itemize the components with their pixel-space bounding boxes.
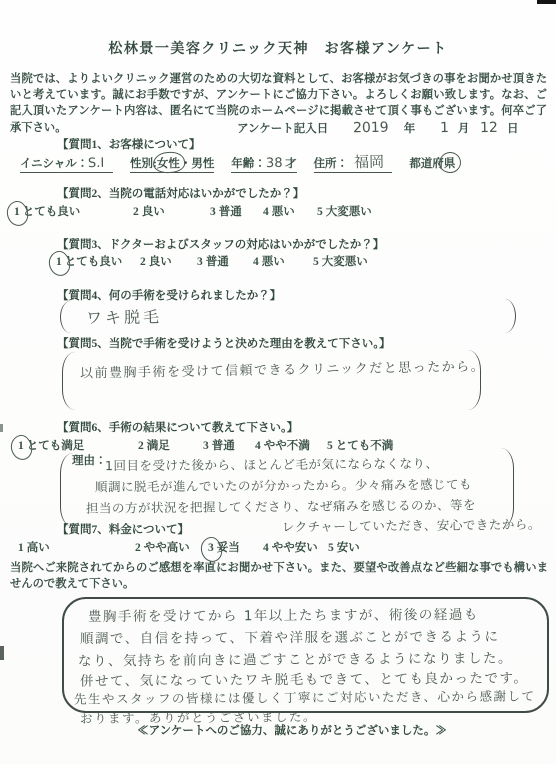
- q5-answer-handwriting: 以前豊胸手術を受けて信頼できるクリニックだと思ったから。: [80, 355, 486, 381]
- q3-option-5-label: 大変悪い: [322, 256, 368, 268]
- gender-selected-circle: 女性: [157, 155, 180, 171]
- q3-option-1-num-circled: 1: [56, 256, 62, 268]
- pref-selected-circle: 県: [444, 155, 456, 171]
- q3-option-4-label: 悪い: [262, 256, 285, 268]
- q6-option-4-num: 4: [255, 440, 261, 452]
- q7-option-1-num: 1: [18, 542, 24, 554]
- q1-age-field: 年齢：38 才: [231, 158, 296, 173]
- q7-option-4-num: 4: [263, 542, 269, 554]
- q2-option-2: 2良い: [133, 203, 165, 219]
- q6-reason-line-2: 順調に脱毛が進んでいたのが分かったから。少々痛みを感じても: [95, 475, 472, 496]
- q7-option-1-label: 高い: [27, 542, 50, 554]
- q6-option-2: 2満足: [138, 437, 170, 453]
- q3-option-1-label: とても良い: [65, 256, 123, 268]
- q3-heading: 【質問3、ドクターおよびスタッフの対応はいかがでしたか？】: [57, 236, 384, 252]
- q6-heading: 【質問6、手術の結果について教えて下さい。】: [57, 419, 298, 435]
- q2-option-5-label: 大変悪い: [326, 206, 372, 218]
- q6-reason-label: 理由：: [72, 452, 107, 468]
- q3-option-2-num: 2: [140, 256, 146, 268]
- q6-option-5-num: 5: [327, 440, 333, 452]
- q6-reason-line-3: 担当の方が状況を把握してくださり、なぜ痛みを感じるのか、等を: [86, 495, 476, 516]
- q6-option-3-num: 3: [203, 440, 209, 452]
- q6-option-2-num: 2: [138, 440, 144, 452]
- q1-address-field: 住所： 福岡: [314, 158, 393, 173]
- scan-artifact-top-right: [537, 0, 556, 4]
- date-label: アンケート記入日: [237, 123, 328, 135]
- age-unit: 才: [285, 158, 297, 170]
- q3-option-3: 3普通: [197, 253, 229, 269]
- address-label: 住所：: [314, 158, 349, 170]
- q2-option-5: 5大変悪い: [317, 203, 372, 219]
- q1-gender-field: 性別:女性・男性: [130, 158, 214, 173]
- q1-heading: 【質問1、お客様について】: [57, 136, 201, 152]
- q6-option-1-num-circled: 1: [18, 440, 24, 452]
- q7-option-3-num-circled: 3: [208, 542, 214, 554]
- q7-option-2: 2やや高い: [135, 539, 190, 555]
- q7-option-5-label: 安い: [337, 542, 360, 554]
- age-value: 38: [266, 156, 283, 171]
- q1-prefecture-suffix: 都道府県: [409, 158, 455, 170]
- q6-option-1: 1とても満足: [18, 437, 84, 453]
- q6-option-5: 5とても不満: [327, 437, 393, 453]
- q1-initial-field: イニシャル：S.I: [20, 158, 113, 173]
- age-label: 年齢：: [231, 158, 266, 170]
- address-value: 福岡: [354, 151, 384, 173]
- q7-option-5: 5安い: [328, 539, 360, 555]
- q6-reason-line-1: 1回目を受けた後から、ほとんど毛が気にならなくなり、: [105, 454, 439, 474]
- q6-option-3: 3普通: [203, 437, 235, 453]
- q6-option-1-label: とても満足: [27, 440, 85, 452]
- q7-option-4: 4やや安い: [263, 539, 318, 555]
- scanned-survey-page: 松林景一美容クリニック天神 お客様アンケート 当院では、よりよいクリニック運営の…: [0, 0, 556, 764]
- q2-option-4-label: 悪い: [272, 206, 295, 218]
- pref-circled-char: 県: [444, 158, 456, 170]
- q3-option-5-num: 5: [313, 256, 319, 268]
- q6-option-5-label: とても不満: [336, 440, 394, 452]
- feedback-line-2: 順調で、自信を持って、下着や洋服を選ぶことができるように: [80, 625, 500, 647]
- q6-reason-line-4: レクチャーしていただき、安心できたから。: [282, 515, 541, 536]
- date-day-unit: 日: [507, 123, 519, 135]
- q7-option-5-num: 5: [328, 542, 334, 554]
- date-year-value: 2019: [353, 120, 389, 137]
- q7-option-3: 3妥当: [208, 539, 240, 555]
- feedback-prompt: 当院へご来院されてからのご感想を率直にお聞かせ下さい。また、要望や改善点など些細…: [10, 560, 548, 592]
- q5-open-paren: [62, 352, 76, 410]
- q2-option-1: 1とても良い: [14, 203, 80, 219]
- q7-option-2-num: 2: [135, 542, 141, 554]
- date-day-value: 12: [480, 120, 498, 136]
- q2-option-3: 3普通: [210, 203, 242, 219]
- q2-option-3-num: 3: [210, 206, 216, 218]
- survey-date-line: アンケート記入日 2019 年 1 月 12 日: [237, 120, 518, 136]
- feedback-line-1: 豊胸手術を受けてから 1年以上たちますが、術後の経過も: [88, 603, 479, 625]
- q3-option-4-num: 4: [253, 256, 259, 268]
- scan-artifact-left-edge: [0, 424, 3, 432]
- page-title: 松林景一美容クリニック天神 お客様アンケート: [0, 38, 556, 58]
- q7-option-2-label: やや高い: [144, 542, 190, 554]
- q7-option-4-label: やや安い: [272, 542, 318, 554]
- initial-value: S.I: [88, 156, 104, 171]
- q4-answer-handwriting: ワキ脱毛: [86, 304, 162, 328]
- q2-option-1-label: とても良い: [23, 206, 81, 218]
- q5-heading: 【質問5、当院で手術を受けようと決めた理由を教えて下さい。】: [57, 335, 391, 351]
- q3-options-row: 1とても良い 2良い 3普通 4悪い 5大変悪い: [0, 253, 556, 271]
- q3-option-2: 2良い: [140, 253, 172, 269]
- q7-option-1: 1高い: [18, 539, 50, 555]
- q2-option-3-label: 普通: [219, 206, 242, 218]
- q4-close-paren: [502, 299, 516, 333]
- q4-heading: 【質問4、何の手術を受けられましたか？】: [57, 287, 281, 303]
- q7-options-row: 1高い 2やや高い 3妥当 4やや安い 5安い: [0, 539, 556, 557]
- date-month-unit: 月: [458, 123, 470, 135]
- q7-heading: 【質問7、料金について】: [57, 521, 189, 537]
- q2-option-2-num: 2: [133, 206, 139, 218]
- initial-label: イニシャル：: [20, 158, 88, 170]
- feedback-line-5: 先生やスタッフの皆様には優しく丁寧にご対応いただき、心から感謝して: [74, 686, 536, 707]
- q2-option-4-num: 4: [263, 206, 269, 218]
- q1-fields-row: イニシャル：S.I 性別:女性・男性 年齢：38 才 住所： 福岡 都道府県: [20, 151, 550, 173]
- q3-option-4: 4悪い: [253, 253, 285, 269]
- q6-open-paren: [60, 453, 74, 527]
- date-year-unit: 年: [404, 123, 416, 135]
- footer-thanks: ≪アンケートへのご協力、誠にありがとうございました。≫: [0, 722, 556, 738]
- q6-option-4-label: やや不満: [264, 440, 310, 452]
- scan-artifact-left-edge: [0, 646, 4, 660]
- q4-open-paren: [60, 301, 74, 333]
- q6-option-3-label: 普通: [212, 440, 235, 452]
- q2-option-2-label: 良い: [142, 206, 165, 218]
- q3-option-1: 1とても良い: [56, 253, 122, 269]
- q2-option-1-num-circled: 1: [14, 206, 20, 218]
- q3-option-3-label: 普通: [206, 256, 229, 268]
- q3-option-5: 5大変悪い: [313, 253, 368, 269]
- q3-option-3-num: 3: [197, 256, 203, 268]
- q2-options-row: 1とても良い 2良い 3普通 4悪い 5大変悪い: [0, 203, 556, 221]
- q2-option-4: 4悪い: [263, 203, 295, 219]
- date-month-value: 1: [440, 120, 449, 136]
- q6-option-4: 4やや不満: [255, 437, 310, 453]
- gender-female-option: 女性: [157, 158, 180, 170]
- q6-option-2-label: 満足: [147, 440, 170, 452]
- q2-option-5-num: 5: [317, 206, 323, 218]
- q3-option-2-label: 良い: [149, 256, 172, 268]
- q2-heading: 【質問2、当院の電話対応はいかがでしたか？】: [57, 185, 304, 201]
